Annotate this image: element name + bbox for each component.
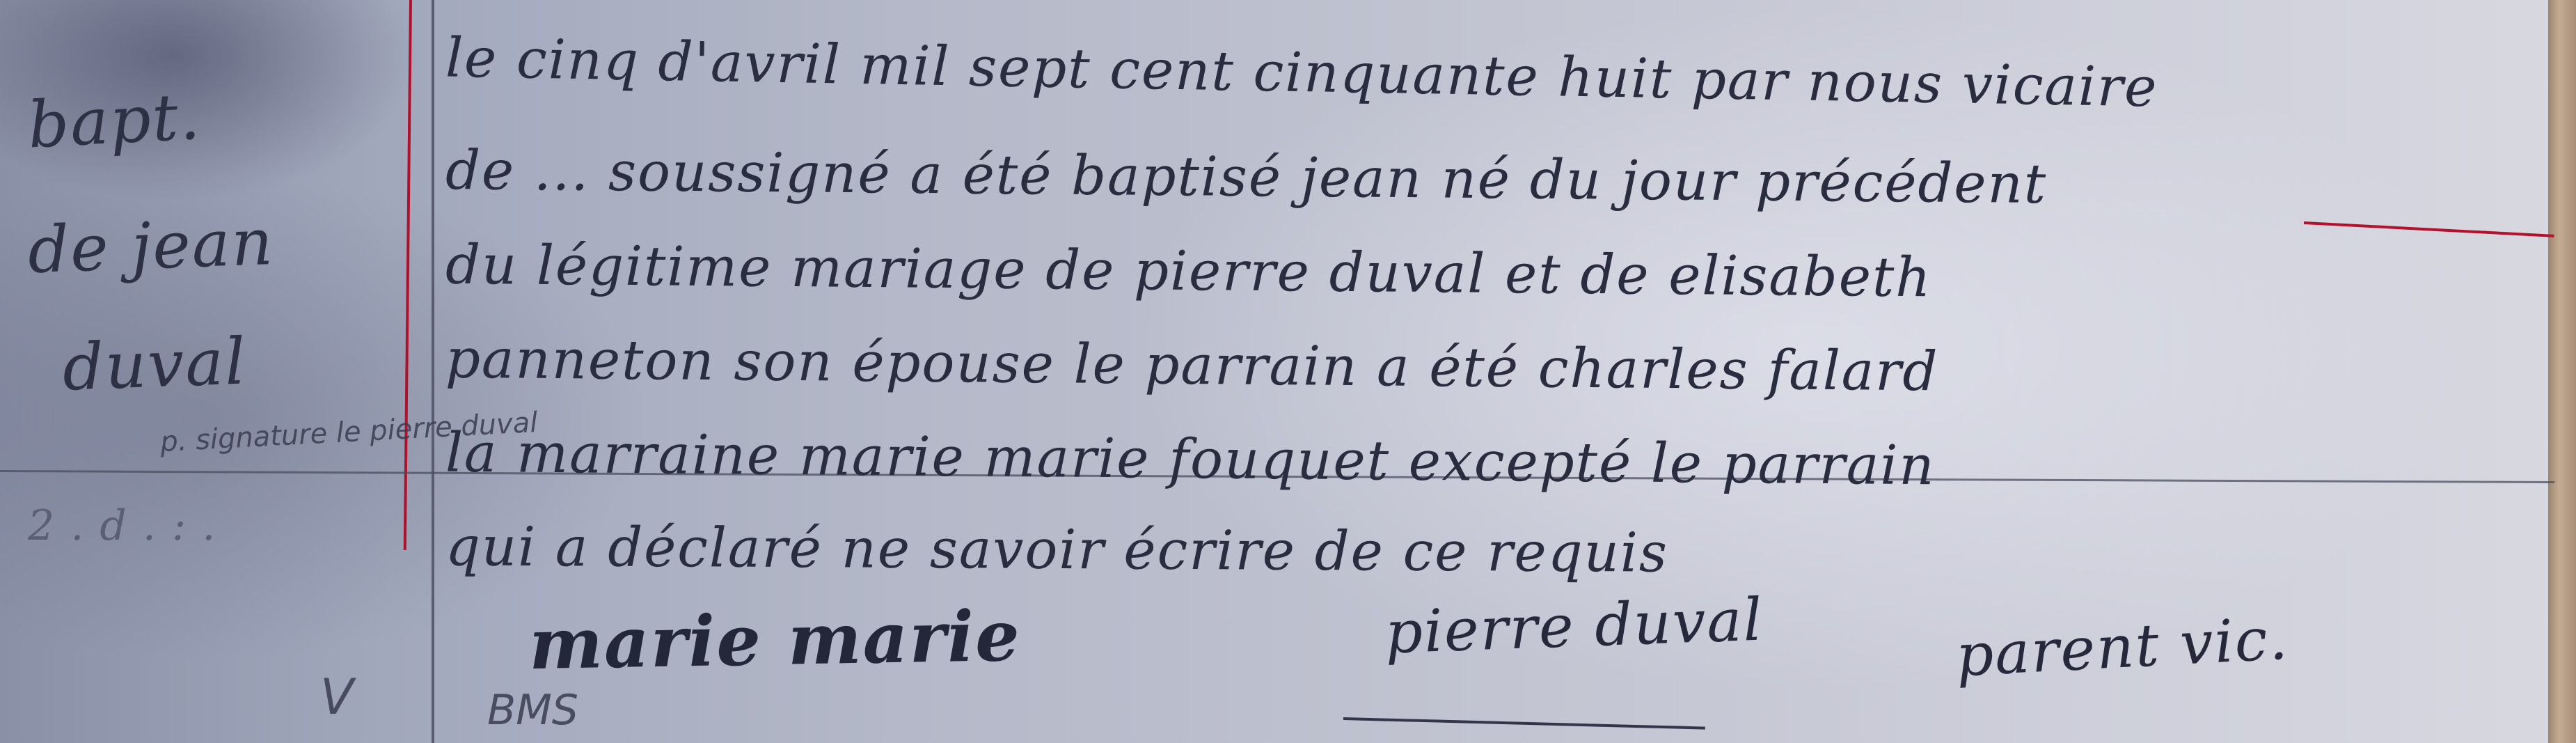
body-line-6: qui a déclaré ne savoir écrire de ce req… — [445, 515, 1668, 584]
body-line-1: le cinq d'avril mil sept cent cinquante … — [445, 27, 2158, 120]
margin-faint-mark: 2 . d . : . — [28, 501, 216, 550]
pencil-mark-v: V — [320, 668, 354, 726]
margin-line — [432, 0, 434, 743]
margin-title-line1: bapt. — [26, 79, 203, 163]
red-underline — [2304, 221, 2554, 237]
body-line-4: panneton son épouse le parrain a été cha… — [445, 328, 1939, 404]
page-edge — [2548, 0, 2576, 743]
body-line-3: du légitime mariage de pierre duval et d… — [445, 234, 1932, 310]
body-line-2: de ... soussigné a été baptisé jean né d… — [445, 139, 2048, 216]
body-line-5: la marraine marie marie fouquet excepté … — [445, 422, 1936, 498]
signature-father: pierre duval — [1384, 586, 1764, 667]
margin-title-line3: duval — [61, 324, 248, 405]
bottom-stroke — [1343, 717, 1705, 730]
document-scan: bapt. de jean duval p. signature le pier… — [0, 0, 2576, 743]
red-margin-rule — [404, 0, 412, 550]
signature-godmother: marie marie — [528, 595, 1022, 685]
margin-title-line2: de jean — [26, 205, 275, 288]
signature-vicar: parent vic. — [1954, 604, 2291, 690]
pencil-mark-bms: BMS — [487, 686, 578, 735]
